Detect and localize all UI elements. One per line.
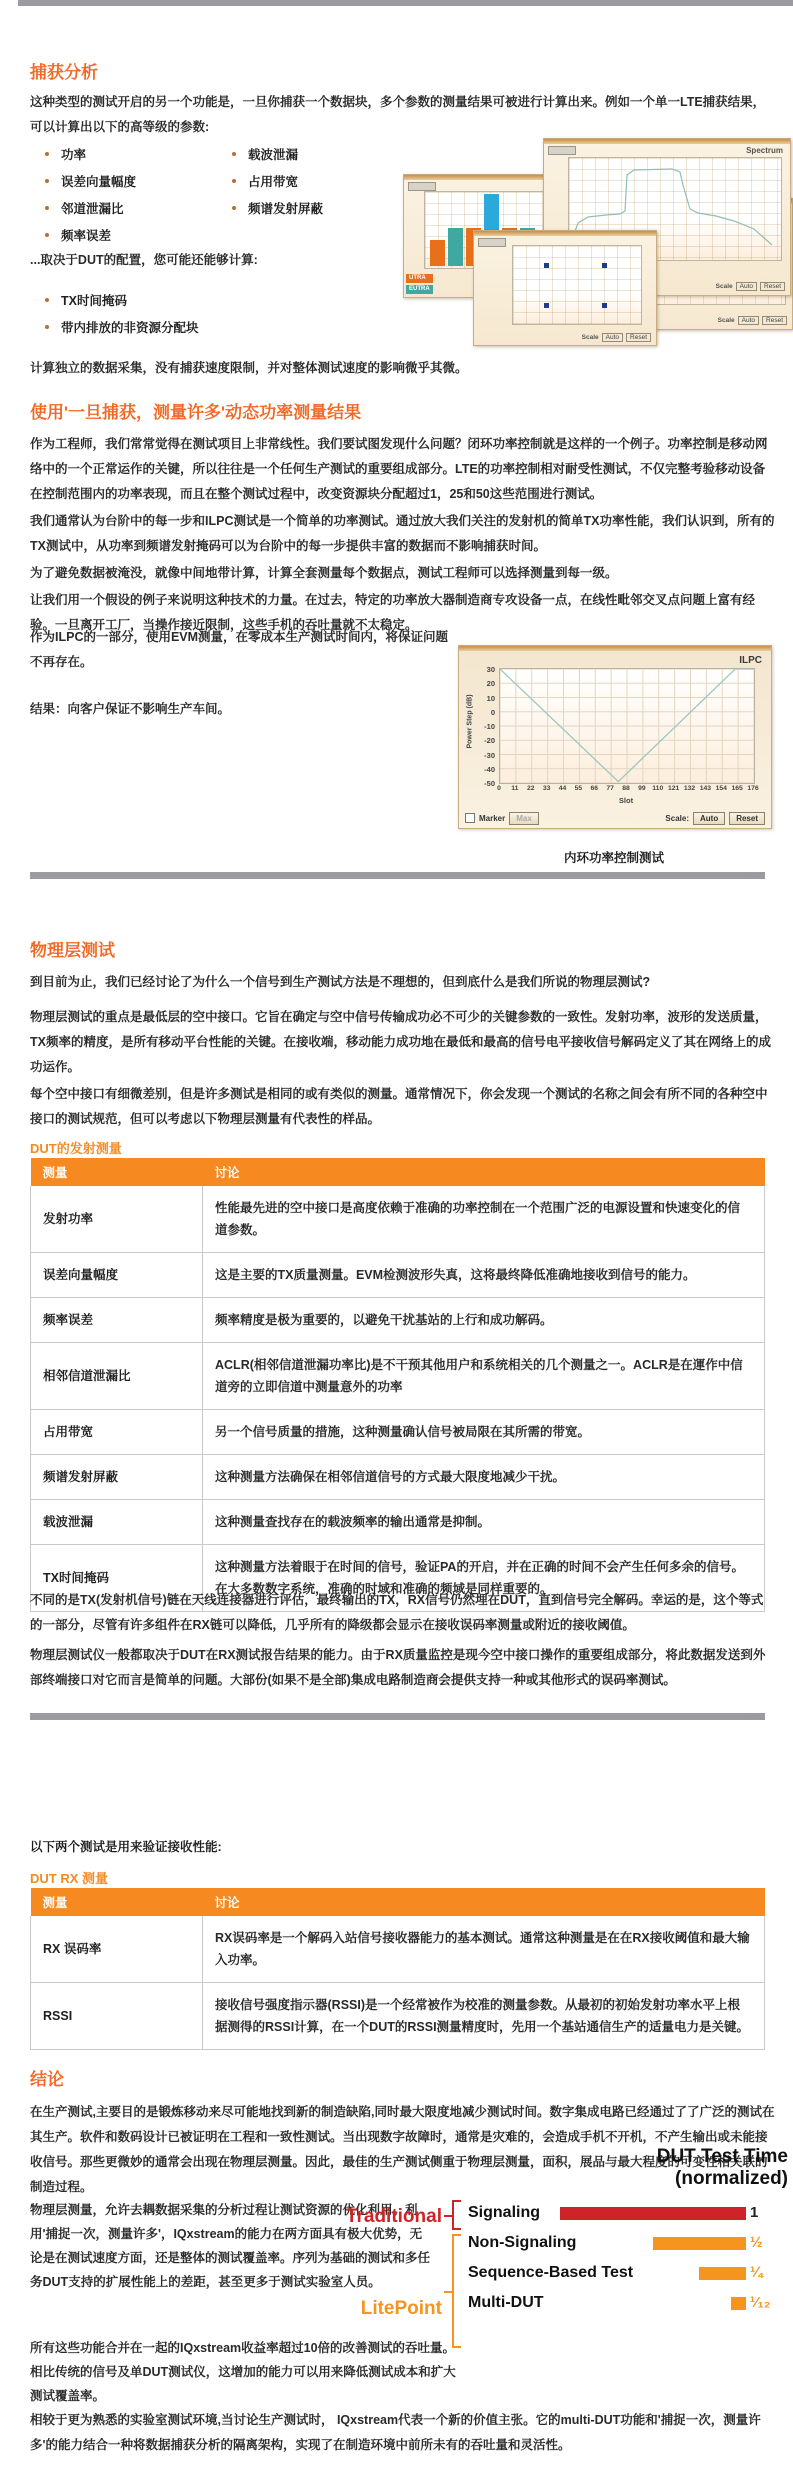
measurement-desc-cell: 另一个信号质量的措施，这种测量确认信号被局限在其所需的带宽。	[203, 1410, 765, 1455]
bullet-list-extra: TX时间掩码带内排放的非资源分配块	[45, 286, 199, 340]
bullet-item: TX时间掩码	[45, 286, 199, 313]
bar	[653, 2237, 746, 2250]
bullet-label: 占用带宽	[248, 172, 298, 190]
bullet-icon	[232, 152, 236, 156]
paragraph-m3: 为了避免数据被淹没，就像中间地带计算，计算全套测量每个数据点，测试工程师可以选择…	[30, 561, 775, 586]
y-tick-labels: 3020100-10-20-30-40-50	[471, 669, 495, 783]
x-tick-label: 88	[618, 785, 634, 792]
paragraph-independent-calc: 计算独立的数据采集，没有捕获速度限制，并对整体测试速度的影响微乎其微。	[30, 356, 775, 381]
y-tick-label: -40	[484, 765, 495, 774]
bullet-label: 功率	[61, 145, 86, 163]
table-row: RSSI接收信号强度指示器(RSSI)是一个经常被作为校准的测量参数。从最初的初…	[31, 1983, 765, 2050]
chart-title: DUT Test Time (normalized)	[657, 2146, 788, 2190]
y-tick-label: 30	[487, 665, 495, 674]
measurement-desc-cell: 接收信号强度指示器(RSSI)是一个经常被作为校准的测量参数。从最初的初始发射功…	[203, 1983, 765, 2050]
scale-label: Scale	[718, 317, 735, 324]
auto-button[interactable]: Auto	[738, 316, 759, 325]
bar-label: Multi-DUT	[468, 2288, 544, 2318]
scale-controls: Scale Auto Reset	[718, 316, 787, 325]
table-row: 占用带宽另一个信号质量的措施，这种测量确认信号被局限在其所需的带宽。	[31, 1410, 765, 1455]
bullet-item: 功率	[45, 140, 136, 167]
bar-rows: Signaling1Non-Signaling½Sequence-Based T…	[468, 2198, 792, 2318]
measurement-desc-cell: ACLR(相邻信道泄漏功率比)是不干预其他用户和系统相关的几个测量之一。ACLR…	[203, 1343, 765, 1410]
measurement-name-cell: 占用带宽	[31, 1410, 203, 1455]
window-titlebar	[474, 231, 656, 236]
x-tick-labels: 0112233445566778899110121132143154165176	[499, 785, 753, 795]
top-divider	[18, 0, 793, 6]
measurement-desc-cell: 这种测量查找存在的载波频率的输出通常是抑制。	[203, 1500, 765, 1545]
bullet-item: 带内排放的非资源分配块	[45, 313, 199, 340]
bullet-label: 频谱发射屏蔽	[248, 199, 323, 217]
measurement-name-cell: 发射功率	[31, 1186, 203, 1253]
bar	[699, 2267, 746, 2280]
section-title-capture-analysis: 捕获分析	[30, 58, 98, 83]
x-tick-label: 154	[713, 785, 729, 792]
bullet-icon	[45, 179, 49, 183]
measurement-desc-cell: 这是主要的TX质量测量。EVM检测波形失真，这将最终降低准确地接收到信号的能力。	[203, 1253, 765, 1298]
chart-title-line2: (normalized)	[675, 2168, 788, 2189]
x-tick-label: 33	[539, 785, 555, 792]
x-tick-label: 143	[697, 785, 713, 792]
paragraph-depends-on-dut: ...取决于DUT的配置，您可能还能够计算:	[30, 248, 450, 273]
x-tick-label: 121	[666, 785, 682, 792]
measurement-name-cell: RSSI	[31, 1983, 203, 2050]
x-tick-label: 44	[555, 785, 571, 792]
y-tick-label: -30	[484, 751, 495, 760]
reset-button[interactable]: Reset	[760, 282, 785, 291]
bullet-item: 误差向量幅度	[45, 167, 136, 194]
x-tick-label: 0	[491, 785, 507, 792]
bullet-icon	[45, 298, 49, 302]
table-row: RX 误码率RX误码率是一个解码入站信号接收器能力的基本测试。通常这种测量是在在…	[31, 1916, 765, 1983]
y-tick-label: -10	[484, 722, 495, 731]
group-label-traditional: Traditional	[340, 2206, 442, 2228]
section-title-phy: 物理层测试	[30, 936, 115, 961]
bullet-icon	[45, 325, 49, 329]
bar-teal	[448, 228, 463, 266]
plot-area	[499, 668, 755, 784]
bar-label: Non-Signaling	[468, 2228, 576, 2258]
table-row: 载波泄漏这种测量查找存在的载波频率的输出通常是抑制。	[31, 1500, 765, 1545]
x-tick-label: 11	[507, 785, 523, 792]
paragraph-after2: 物理层测试仪一般都取决于DUT在RX测试报告结果的能力。由于RX质量监控是现今空…	[30, 1643, 775, 1693]
reset-button[interactable]: Reset	[729, 812, 765, 825]
x-tick-label: 55	[570, 785, 586, 792]
bar-label: Sequence-Based Test	[468, 2258, 633, 2288]
paragraph-rx-intro: 以下两个测试是用来验证接收性能:	[30, 1835, 775, 1860]
window-tab[interactable]	[408, 182, 436, 191]
x-tick-label: 99	[634, 785, 650, 792]
measurement-desc-cell: 这种测量方法确保在相邻信道信号的方式最大限度地减少干扰。	[203, 1455, 765, 1500]
legend-chip-eutra: EUTRA	[406, 285, 433, 294]
legend-chip-utra: UTRA	[406, 274, 433, 283]
measurement-name-cell: RX 误码率	[31, 1916, 203, 1983]
constellation-point	[544, 263, 549, 268]
group-label-litepoint: LitePoint	[340, 2298, 442, 2320]
paragraph-capture-intro: 这种类型的测试开启的另一个功能是，一旦你捕获一个数据块，多个参数的测量结果可被进…	[30, 90, 775, 140]
bullet-icon	[232, 206, 236, 210]
bullet-item: 邻道泄漏比	[45, 194, 136, 221]
auto-button[interactable]: Auto	[602, 333, 623, 342]
section-title-conclusion: 结论	[30, 2065, 64, 2090]
chart-caption: 内环功率控制测试	[458, 848, 770, 866]
bullet-label: 载波泄漏	[248, 145, 298, 163]
paragraph-m1: 作为工程师，我们常常觉得在测试项目上非常线性。我们要试图发现什么问题？闭环功率控…	[30, 432, 775, 507]
tx-measurements-table: 测量讨论发射功率性能最先进的空中接口是高度依赖于准确的功率控制在一个范围广泛的电…	[30, 1158, 765, 1612]
analyzer-screenshot-collage: UTRA EUTRA LPC Power Step Marker Scale A…	[403, 138, 791, 344]
x-tick-label: 110	[650, 785, 666, 792]
bar-row-sequence-based-test: Sequence-Based Test¼	[468, 2258, 792, 2288]
window-tab[interactable]	[548, 146, 576, 155]
bullet-label: 频率误差	[61, 226, 111, 244]
paragraph-after1: 不同的是TX(发射机信号)链在天线连接器进行评估，最终输出的TX，RX信号仍然埋…	[30, 1588, 775, 1638]
measurement-desc-cell: RX误码率是一个解码入站信号接收器能力的基本测试。通常这种测量是在在RX接收阈值…	[203, 1916, 765, 1983]
table-row: 频谱发射屏蔽这种测量方法确保在相邻信道信号的方式最大限度地减少干扰。	[31, 1455, 765, 1500]
paragraph-phy2: 物理层测试的重点是最低层的空中接口。它旨在确定与空中信号传输成功必不可少的关键参…	[30, 1005, 775, 1080]
bracket-traditional	[452, 2200, 461, 2230]
paragraph-m5: 作为ILPC的一部分，使用EVM测量，在零成本生产测试时间内，将保证问题不再存在…	[30, 625, 450, 675]
max-button[interactable]: Max	[509, 812, 539, 825]
bullet-label: TX时间掩码	[61, 291, 127, 309]
constellation-point	[544, 303, 549, 308]
bullet-item: 占用带宽	[232, 167, 323, 194]
bar-value: ½	[750, 2228, 790, 2258]
x-tick-label: 22	[523, 785, 539, 792]
legend: UTRA EUTRA	[406, 274, 433, 294]
bullet-icon	[232, 179, 236, 183]
y-tick-label: 20	[487, 679, 495, 688]
table-row: 频率误差频率精度是极为重要的，以避免干扰基站的上行和成功解码。	[31, 1298, 765, 1343]
paragraph-result: 结果：向客户保证不影响生产车间。	[30, 697, 450, 722]
table-row: 发射功率性能最先进的空中接口是高度依赖于准确的功率控制在一个范围广泛的电源设置和…	[31, 1186, 765, 1253]
bullet-icon	[45, 206, 49, 210]
plot-area	[512, 245, 642, 325]
section-divider	[30, 872, 765, 879]
scale-label: Scale:	[665, 814, 689, 823]
bar-value: ¼	[750, 2258, 790, 2288]
reset-button[interactable]: Reset	[626, 333, 651, 342]
bullet-item: 频率误差	[45, 221, 136, 248]
chart-title: ILPC	[739, 655, 762, 666]
bullet-label: 带内排放的非资源分配块	[61, 318, 199, 336]
rx-measurements-table-wrap: 测量讨论RX 误码率RX误码率是一个解码入站信号接收器能力的基本测试。通常这种测…	[30, 1888, 765, 2050]
bar-value: 1	[750, 2198, 790, 2228]
auto-button[interactable]: Auto	[693, 812, 725, 825]
x-tick-label: 165	[729, 785, 745, 792]
subheading-tx-measurements: DUT的发射测量	[30, 1138, 122, 1157]
x-tick-label: 77	[602, 785, 618, 792]
measurement-name-cell: 相邻信道泄漏比	[31, 1343, 203, 1410]
bracket-litepoint	[452, 2234, 461, 2348]
table-column-header: 测量	[31, 1888, 203, 1916]
measurement-name-cell: 频谱发射屏蔽	[31, 1455, 203, 1500]
paragraph-phy1: 到目前为止，我们已经讨论了为什么一个信号到生产测试方法是不理想的，但到底什么是我…	[30, 970, 775, 995]
paragraph-phy3: 每个空中接口有细微差别，但是许多测试是相同的或有类似的测量。通常情况下，你会发现…	[30, 1082, 775, 1132]
reset-button[interactable]: Reset	[762, 316, 787, 325]
bar	[731, 2297, 746, 2310]
paragraph-m2: 我们通常认为台阶中的每一步和ILPC测试是一个简单的功率测试。通过放大我们关注的…	[30, 509, 775, 559]
table-row: 相邻信道泄漏比ACLR(相邻信道泄漏功率比)是不干预其他用户和系统相关的几个测量…	[31, 1343, 765, 1410]
ilpc-chart-window: ILPC Power Step (dB) 3020100-10-20-30-40…	[458, 645, 772, 829]
bullet-icon	[45, 233, 49, 237]
y-tick-label: 0	[491, 708, 495, 717]
bar-orange	[430, 240, 445, 266]
table-header-row: 测量讨论	[31, 1158, 765, 1186]
x-tick-label: 66	[586, 785, 602, 792]
measurement-name-cell: 载波泄漏	[31, 1500, 203, 1545]
bullet-label: 邻道泄漏比	[61, 199, 124, 217]
x-tick-label: 176	[745, 785, 761, 792]
bar-row-non-signaling: Non-Signaling½	[468, 2228, 792, 2258]
document-page: 捕获分析 这种类型的测试开启的另一个功能是，一旦你捕获一个数据块，多个参数的测量…	[0, 0, 793, 2467]
measurement-desc-cell: 性能最先进的空中接口是高度依赖于准确的功率控制在一个范围广泛的电源设置和快速变化…	[203, 1186, 765, 1253]
bullet-icon	[45, 152, 49, 156]
scale-controls: Scale Auto Reset	[582, 333, 651, 342]
marker-checkbox[interactable]	[465, 813, 475, 823]
scale-label: Scale	[582, 334, 599, 341]
subheading-rx-measurements: DUT RX 测量	[30, 1868, 108, 1887]
paragraph-conclusion4: 相较于更为熟悉的实验室测试环境,当讨论生产测试时， IQxstream代表一个新…	[30, 2408, 775, 2458]
scale-label: Scale	[716, 283, 733, 290]
x-axis-label: Slot	[499, 796, 753, 805]
measurement-name-cell: 误差向量幅度	[31, 1253, 203, 1298]
bar-value: ¹⁄₁₂	[750, 2288, 790, 2318]
bullet-item: 载波泄漏	[232, 140, 323, 167]
table-column-header: 讨论	[203, 1158, 765, 1186]
constellation-window: Scale Auto Reset	[473, 230, 657, 346]
table-column-header: 测量	[31, 1158, 203, 1186]
window-titlebar	[459, 646, 771, 651]
chart-controls: Marker Max Scale: Auto Reset	[465, 811, 765, 825]
constellation-point	[602, 263, 607, 268]
bullet-item: 频谱发射屏蔽	[232, 194, 323, 221]
bullet-list-parameters-right: 载波泄漏占用带宽频谱发射屏蔽	[232, 140, 323, 221]
y-tick-label: -20	[484, 736, 495, 745]
window-titlebar	[404, 175, 556, 180]
ilpc-line-chart	[500, 669, 754, 783]
window-tab[interactable]	[478, 238, 506, 247]
bullet-label: 误差向量幅度	[61, 172, 136, 190]
marker-label: Marker	[479, 814, 505, 823]
constellation-point	[602, 303, 607, 308]
dut-test-time-chart: DUT Test Time (normalized) Traditional L…	[340, 2146, 792, 2361]
rx-measurements-table: 测量讨论RX 误码率RX误码率是一个解码入站信号接收器能力的基本测试。通常这种测…	[30, 1888, 765, 2050]
scale-controls: Scale Auto Reset	[716, 282, 785, 291]
window-titlebar	[544, 139, 790, 144]
measurement-desc-cell: 频率精度是极为重要的，以避免干扰基站的上行和成功解码。	[203, 1298, 765, 1343]
auto-button[interactable]: Auto	[736, 282, 757, 291]
bar-row-signaling: Signaling1	[468, 2198, 792, 2228]
table-header-row: 测量讨论	[31, 1888, 765, 1916]
bar	[560, 2207, 746, 2220]
section-divider	[30, 1713, 765, 1720]
measurement-name-cell: 频率误差	[31, 1298, 203, 1343]
y-tick-label: 10	[487, 694, 495, 703]
table-row: 误差向量幅度这是主要的TX质量测量。EVM检测波形失真，这将最终降低准确地接收到…	[31, 1253, 765, 1298]
bar-label: Signaling	[468, 2198, 540, 2228]
bar-row-multi-dut: Multi-DUT¹⁄₁₂	[468, 2288, 792, 2318]
bullet-list-parameters-left: 功率误差向量幅度邻道泄漏比频率误差	[45, 140, 136, 248]
window-title: Spectrum	[746, 146, 783, 155]
section-title-measure-once: 使用'一旦捕获，测量许多'动态功率测量结果	[30, 398, 361, 423]
tx-measurements-table-wrap: 测量讨论发射功率性能最先进的空中接口是高度依赖于准确的功率控制在一个范围广泛的电…	[30, 1158, 765, 1612]
chart-title-line1: DUT Test Time	[657, 2146, 788, 2167]
table-column-header: 讨论	[203, 1888, 765, 1916]
x-tick-label: 132	[682, 785, 698, 792]
